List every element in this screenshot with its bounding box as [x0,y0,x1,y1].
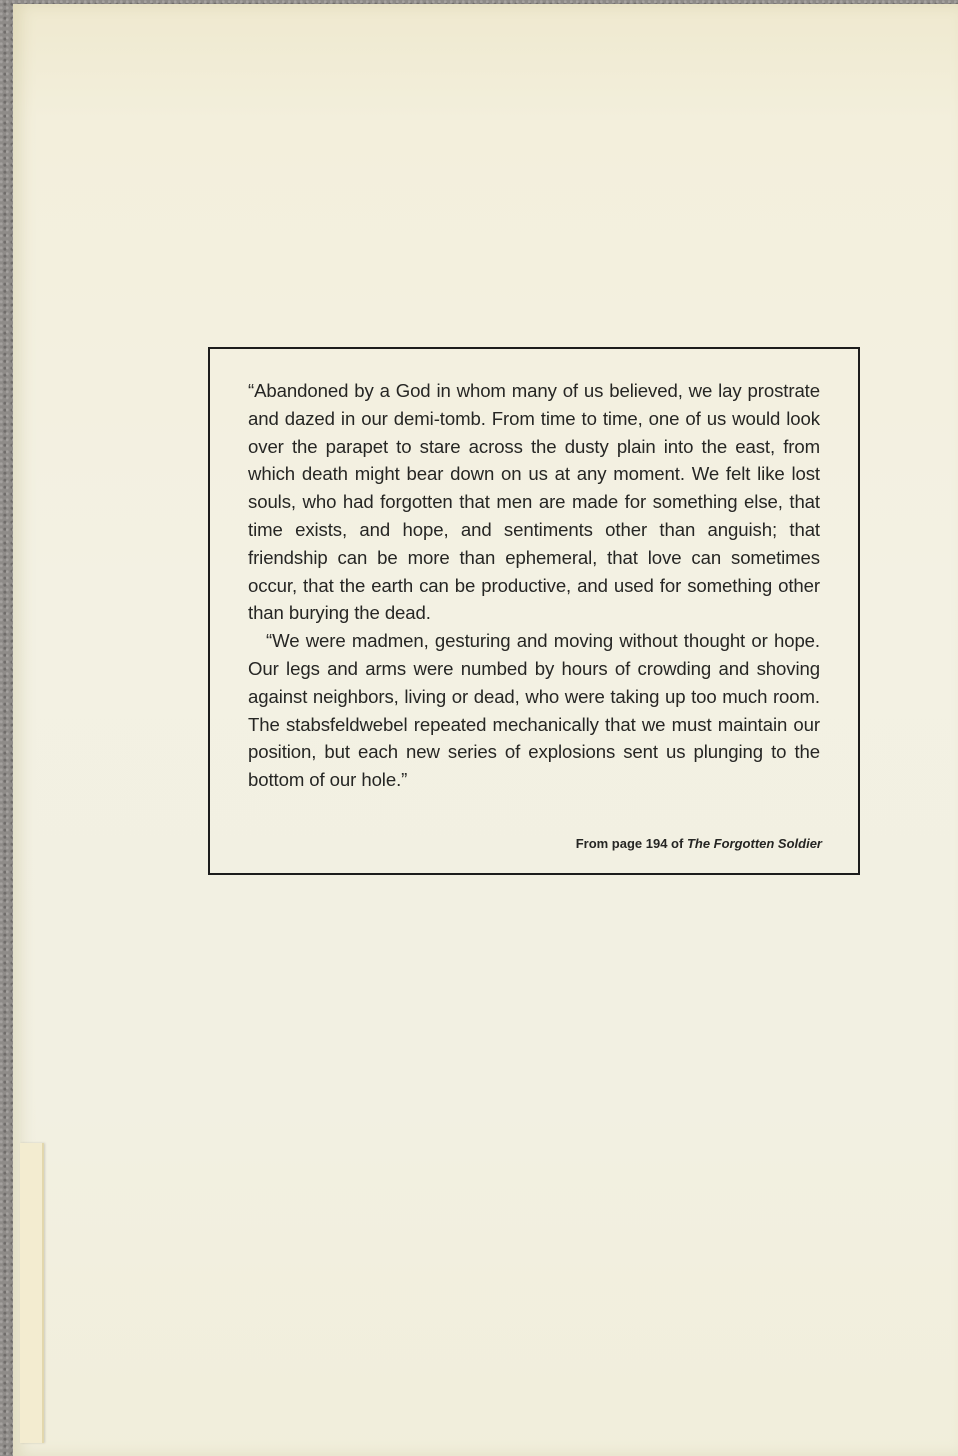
quote-paragraph-2: “We were madmen, gesturing and moving wi… [248,627,820,794]
quote-paragraph-1: “Abandoned by a God in whom many of us b… [248,377,820,627]
torn-jacket-flap [20,1143,44,1443]
quote-box: “Abandoned by a God in whom many of us b… [208,347,860,875]
source-book-title: The Forgotten Soldier [687,836,822,851]
quote-source: From page 194 of The Forgotten Soldier [576,836,822,851]
source-prefix: From page 194 of [576,836,687,851]
